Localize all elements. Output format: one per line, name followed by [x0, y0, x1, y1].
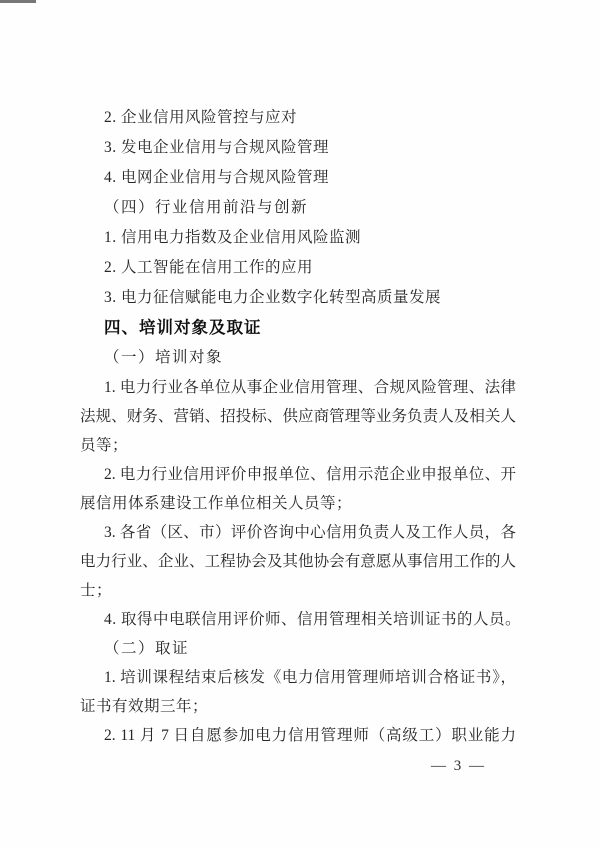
doc-line: 士；: [80, 576, 516, 605]
doc-line: 2. 人工智能在信用工作的应用: [80, 253, 516, 283]
doc-line: 员等；: [80, 431, 516, 460]
doc-line: 法规、财务、营销、招投标、供应商管理等业务负责人及相关人: [80, 402, 516, 431]
doc-line: 3. 各省（区、市）评价咨询中心信用负责人及工作人员，各: [80, 518, 516, 547]
section-heading: 四、培训对象及取证: [80, 313, 516, 343]
doc-line: 电力行业、企业、工程协会及其他协会有意愿从事信用工作的人: [80, 547, 516, 576]
doc-line: 4. 电网企业信用与合规风险管理: [80, 163, 516, 193]
page-number: — 3 —: [80, 756, 516, 776]
doc-line: 证书有效期三年；: [80, 692, 516, 721]
doc-line: 2. 11 月 7 日自愿参加电力信用管理师（高级工）职业能力: [80, 721, 516, 750]
doc-line: 展信用体系建设工作单位相关人员等；: [80, 489, 516, 518]
doc-line: 1. 信用电力指数及企业信用风险监测: [80, 223, 516, 253]
doc-line: 3. 发电企业信用与合规风险管理: [80, 133, 516, 163]
doc-line: 2. 电力行业信用评价申报单位、信用示范企业申报单位、开: [80, 460, 516, 489]
subsection-heading: （一）培训对象: [80, 343, 516, 373]
subsection-heading: （四）行业信用前沿与创新: [80, 193, 516, 223]
doc-line: 3. 电力征信赋能电力企业数字化转型高质量发展: [80, 283, 516, 313]
doc-line: 4. 取得中电联信用评价师、信用管理相关培训证书的人员。: [80, 605, 516, 634]
document-page: 2. 企业信用风险管控与应对 3. 发电企业信用与合规风险管理 4. 电网企业信…: [0, 0, 600, 848]
doc-line: 1. 培训课程结束后核发《电力信用管理师培训合格证书》，: [80, 663, 516, 692]
doc-line: 2. 企业信用风险管控与应对: [80, 103, 516, 133]
subsection-heading: （二）取证: [80, 634, 516, 663]
scan-artifact: [0, 0, 36, 3]
document-content: 2. 企业信用风险管控与应对 3. 发电企业信用与合规风险管理 4. 电网企业信…: [80, 103, 516, 776]
doc-line: 1. 电力行业各单位从事企业信用管理、合规风险管理、法律: [80, 373, 516, 402]
